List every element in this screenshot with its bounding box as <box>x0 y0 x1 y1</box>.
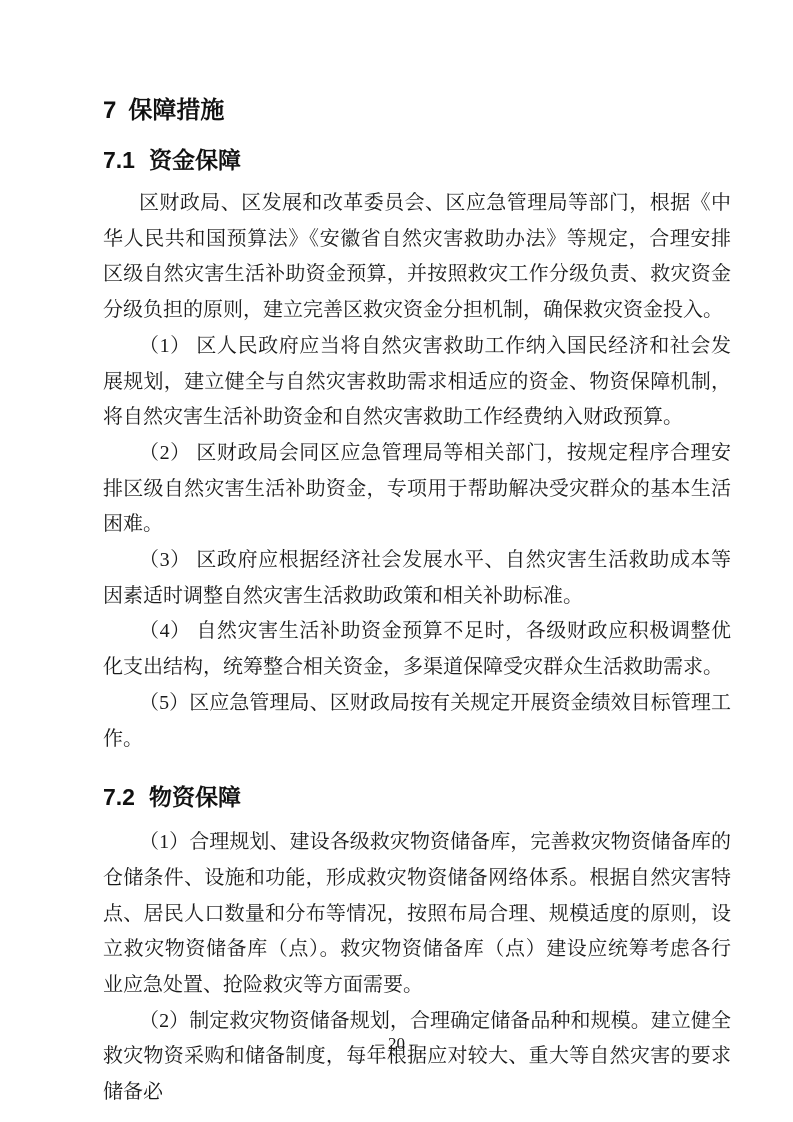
paragraph: （1）合理规划、建设各级救灾物资储备库，完善救灾物资储备库的仓储条件、设施和功能… <box>103 825 731 1004</box>
section-title: 物资保障 <box>149 784 241 810</box>
paragraph: （2）制定救灾物资储备规划，合理确定储备品种和规模。建立健全救灾物资采购和储备制… <box>103 1004 731 1111</box>
section-title: 资金保障 <box>149 147 241 173</box>
paragraph: 区财政局、区发展和改革委员会、区应急管理局等部门，根据《中华人民共和国预算法》《… <box>103 186 731 329</box>
paragraph: （2） 区财政局会同区应急管理局等相关部门，按规定程序合理安排区级自然灾害生活补… <box>103 436 731 543</box>
page-number: – 20 – <box>0 1032 793 1056</box>
document-content: 7保障措施 7.1资金保障 区财政局、区发展和改革委员会、区应急管理局等部门，根… <box>103 96 731 1111</box>
paragraph: （5）区应急管理局、区财政局按有关规定开展资金绩效目标管理工作。 <box>103 686 731 757</box>
section-body-7-2: （1）合理规划、建设各级救灾物资储备库，完善救灾物资储备库的仓储条件、设施和功能… <box>103 825 731 1111</box>
chapter-title: 保障措施 <box>128 97 224 124</box>
section-heading-7-1: 7.1资金保障 <box>103 146 731 175</box>
chapter-heading: 7保障措施 <box>103 96 731 126</box>
section-body-7-1: 区财政局、区发展和改革委员会、区应急管理局等部门，根据《中华人民共和国预算法》《… <box>103 186 731 757</box>
paragraph: （4） 自然灾害生活补助资金预算不足时，各级财政应积极调整优化支出结构，统筹整合… <box>103 614 731 685</box>
section-number: 7.1 <box>103 147 135 173</box>
chapter-number: 7 <box>103 97 116 124</box>
paragraph: （1） 区人民政府应当将自然灾害救助工作纳入国民经济和社会发展规划，建立健全与自… <box>103 329 731 436</box>
paragraph: （3） 区政府应根据经济社会发展水平、自然灾害生活救助成本等因素适时调整自然灾害… <box>103 543 731 614</box>
section-number: 7.2 <box>103 784 135 810</box>
section-heading-7-2: 7.2物资保障 <box>103 783 731 812</box>
document-page: 7保障措施 7.1资金保障 区财政局、区发展和改革委员会、区应急管理局等部门，根… <box>0 0 793 1122</box>
